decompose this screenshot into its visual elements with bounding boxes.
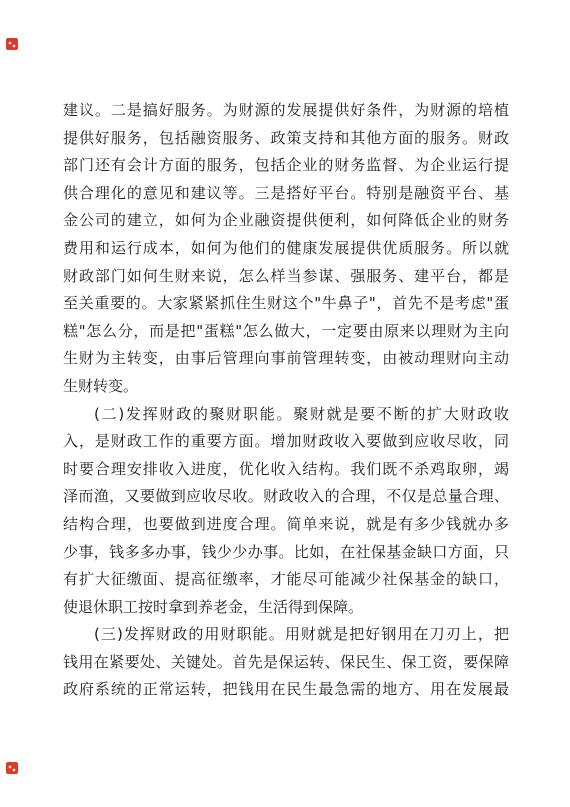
text-line: 费用和运行成本，如何为他们的健康发展提供优质服务。所以就: [63, 235, 509, 263]
text-line: 入，是财政工作的重要方面。增加财政收入要做到应收尽收，同: [63, 428, 509, 456]
text-line: 有扩大征缴面、提高征缴率，才能尽可能减少社保基金的缺口，: [63, 566, 509, 594]
text-line: 金公司的建立，如何为企业融资提供便利，如何降低企业的财务: [63, 207, 509, 235]
text-line: 部门还有会计方面的服务，包括企业的财务监督、为企业运行提: [63, 152, 509, 180]
text-line: 时要合理安排收入进度，优化收入结构。我们既不杀鸡取卵，竭: [63, 456, 509, 484]
text-line: 供合理化的意见和建议等。三是搭好平台。特别是融资平台、基: [63, 180, 509, 208]
text-line: 结构合理，也要做到进度合理。简单来说，就是有多少钱就办多: [63, 511, 509, 539]
text-line: 政府系统的正常运转，把钱用在民生最急需的地方、用在发展最: [63, 676, 509, 704]
text-line: 泽而渔，又要做到应收尽收。财政收入的合理，不仅是总量合理、: [63, 483, 509, 511]
text-line: 糕"怎么分，而是把"蛋糕"怎么做大，一定要由原来以理财为主向: [63, 318, 509, 346]
scanned-document-page: 建议。二是搞好服务。为财源的发展提供好条件，为财源的培植提供好服务，包括融资服务…: [0, 0, 570, 807]
text-line: (二)发挥财政的聚财职能。聚财就是要不断的扩大财政收: [63, 401, 509, 429]
text-line: 使退休职工按时拿到养老金，生活得到保障。: [63, 594, 509, 622]
text-line: 财政部门如何生财来说，怎么样当参谋、强服务、建平台，都是: [63, 263, 509, 291]
text-line: 生财转变。: [63, 373, 509, 401]
text-line: 建议。二是搞好服务。为财源的发展提供好条件，为财源的培植: [63, 97, 509, 125]
text-line: 提供好服务，包括融资服务、政策支持和其他方面的服务。财政: [63, 125, 509, 153]
text-line: 钱用在紧要处、关键处。首先是保运转、保民生、保工资，要保障: [63, 649, 509, 677]
text-line: 生财为主转变，由事后管理向事前管理转变，由被动理财向主动: [63, 345, 509, 373]
red-stamp-icon: [6, 762, 18, 774]
text-line: 少事，钱多多办事，钱少少办事。比如，在社保基金缺口方面，只: [63, 539, 509, 567]
text-line: 至关重要的。大家紧紧抓住生财这个"牛鼻子"，首先不是考虑"蛋: [63, 290, 509, 318]
text-line: (三)发挥财政的用财职能。用财就是把好钢用在刀刃上，把: [63, 621, 509, 649]
red-stamp-icon: [6, 38, 18, 50]
document-body: 建议。二是搞好服务。为财源的发展提供好条件，为财源的培植提供好服务，包括融资服务…: [63, 97, 509, 704]
